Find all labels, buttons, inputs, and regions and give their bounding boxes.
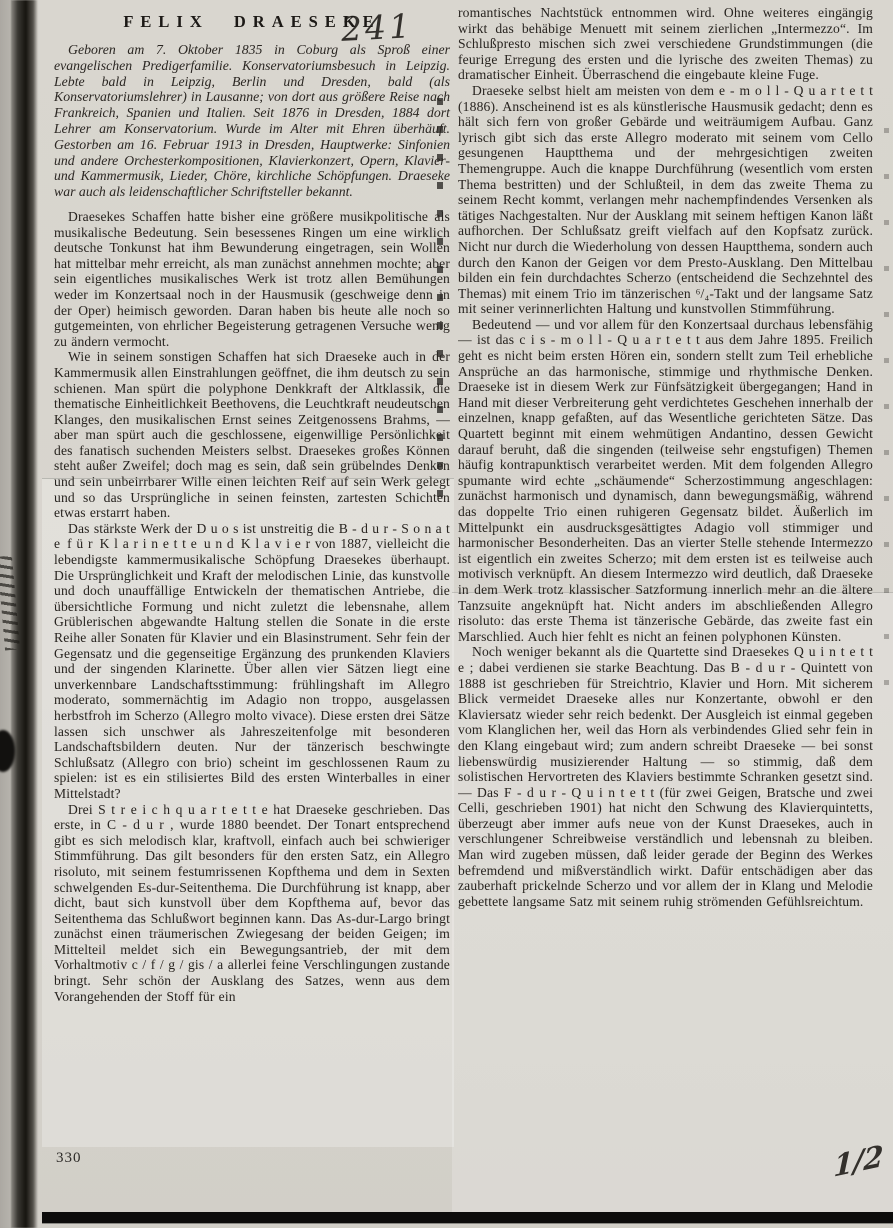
left-paragraph-1: Draesekes Schaffen hatte bisher eine grö… (54, 209, 450, 349)
page-number: 330 (56, 1150, 82, 1167)
left-paragraph-2: Wie in seinem sonstigen Schaffen hat sic… (54, 349, 450, 521)
right-paragraph-4: Noch weniger bekannt als die Quartette s… (458, 644, 873, 909)
right-column: romantisches Nachtstück entnommen wird. … (458, 5, 873, 1205)
left-column: FELIX DRAESEKE Geboren am 7. Oktober 183… (54, 10, 450, 1004)
right-paragraph-3: Bedeutend — und vor allem für den Konzer… (458, 317, 873, 644)
right-paragraph-1: romantisches Nachtstück entnommen wird. … (458, 5, 873, 83)
left-paragraph-4: Drei S t r e i c h q u a r t e t t e hat… (54, 802, 450, 1005)
right-paragraph-2: Draeseke selbst hielt am meisten von dem… (458, 83, 873, 317)
right-edge-tick-marks (884, 128, 889, 688)
left-paragraph-3: Das stärkste Werk der D u o s ist unstre… (54, 521, 450, 802)
lead-paragraph: Geboren am 7. Oktober 1835 in Coburg als… (54, 42, 450, 200)
scanned-document-page: 241 1/2 330 FELIX DRAESEKE Geboren am 7.… (0, 0, 893, 1228)
bottom-scan-bar (42, 1212, 893, 1223)
page-title: FELIX DRAESEKE (54, 12, 450, 32)
